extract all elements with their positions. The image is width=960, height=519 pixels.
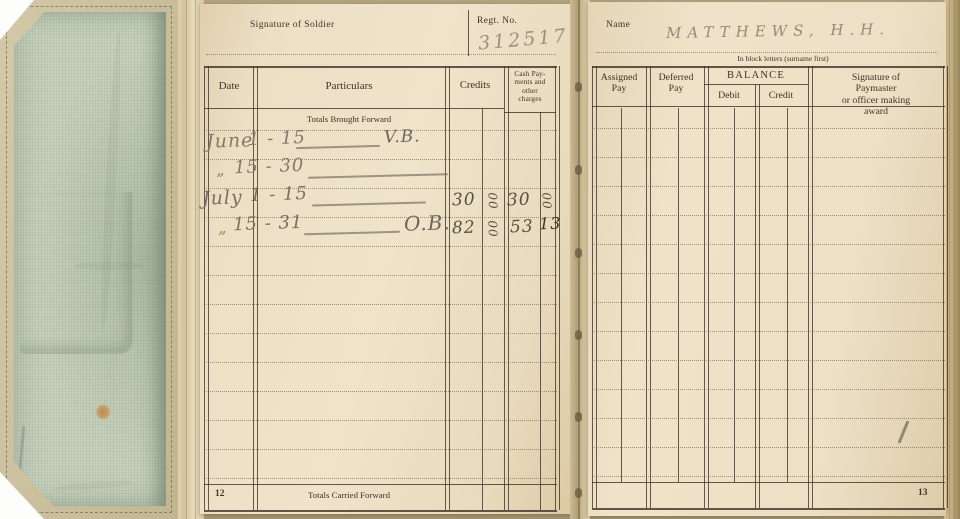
totals-brought-forward-label: Totals Brought Forward: [307, 114, 391, 124]
entry-cash-pence: 13: [539, 214, 562, 234]
regt-no-label: Regt. No.: [477, 16, 517, 27]
stitch-knot: [575, 412, 582, 422]
column-header-credit: Credit: [769, 90, 794, 101]
handwritten-dash-line: [296, 145, 380, 149]
column-header-balance: BALANCE: [727, 70, 785, 82]
totals-carried-forward-label: Totals Carried Forward: [308, 490, 390, 500]
stitch-knot: [575, 248, 582, 258]
handwritten-dash-line: [308, 173, 448, 179]
name-handwritten-value: MATTHEWS, H.H.: [666, 20, 890, 42]
stitch-knot: [575, 488, 582, 498]
stray-pencil-mark: [898, 420, 910, 443]
name-label: Name: [606, 20, 630, 31]
entry-note: O.B.: [404, 210, 451, 236]
left-page: Signature of Soldier Regt. No. 3125177 D…: [200, 4, 572, 514]
stitch-knot: [575, 82, 582, 92]
binding-thread: [578, 0, 580, 519]
column-header-credits: Credits: [460, 80, 490, 92]
cover-stain: [96, 404, 110, 420]
column-header-particulars: Particulars: [325, 80, 372, 93]
stitch-knot: [575, 165, 582, 175]
entry-date-ditto: „: [216, 160, 226, 179]
entry-note: V.B.: [384, 126, 421, 147]
entry-date-ditto: „: [218, 218, 228, 237]
entry-cash-amount: 30: [507, 190, 531, 211]
entry-date: July: [202, 186, 243, 209]
column-header-date: Date: [219, 80, 240, 93]
paybook-scan: Signature of Soldier Regt. No. 3125177 D…: [0, 0, 960, 519]
column-header-debit: Debit: [718, 90, 740, 101]
block-letters-note: In block letters (surname first): [737, 55, 828, 64]
page-number-13: 13: [918, 488, 928, 499]
column-header-cash-payments: Cash Pay- ments and other charges: [514, 70, 545, 103]
book-cover: [0, 0, 178, 519]
regt-no-handwritten-value: 3125177: [477, 23, 584, 54]
book-gutter: [570, 0, 590, 519]
entry-credits-pence: 00: [485, 192, 500, 210]
cover-pocket-flap: [20, 192, 134, 354]
entry-period: 1 - 15: [250, 183, 309, 206]
stitch-knot: [575, 330, 582, 340]
entry-period: 15 - 31: [233, 212, 304, 235]
entry-period: 15 - 30: [234, 155, 305, 178]
signature-of-soldier-label: Signature of Soldier: [250, 20, 335, 31]
entry-credits-amount: 30: [452, 190, 476, 211]
page-number-12: 12: [215, 489, 225, 500]
right-page: Name MATTHEWS, H.H. In block letters (su…: [588, 2, 946, 516]
entry-credits-amount: 82: [452, 218, 476, 239]
column-header-assigned-pay: Assigned Pay: [601, 72, 637, 95]
entry-cash-pence: 00: [539, 192, 554, 210]
entry-cash-amount: 53: [510, 217, 534, 238]
cover-cloth-panel: [14, 12, 166, 506]
handwritten-dash-line: [312, 202, 426, 207]
entry-date: June: [206, 129, 254, 153]
entry-credits-pence: 00: [485, 220, 500, 238]
column-header-deferred-pay: Deferred Pay: [659, 72, 694, 95]
column-header-signature-of-paymaster: Signature of Paymaster or officer making…: [841, 72, 911, 117]
handwritten-dash-line: [304, 231, 400, 236]
